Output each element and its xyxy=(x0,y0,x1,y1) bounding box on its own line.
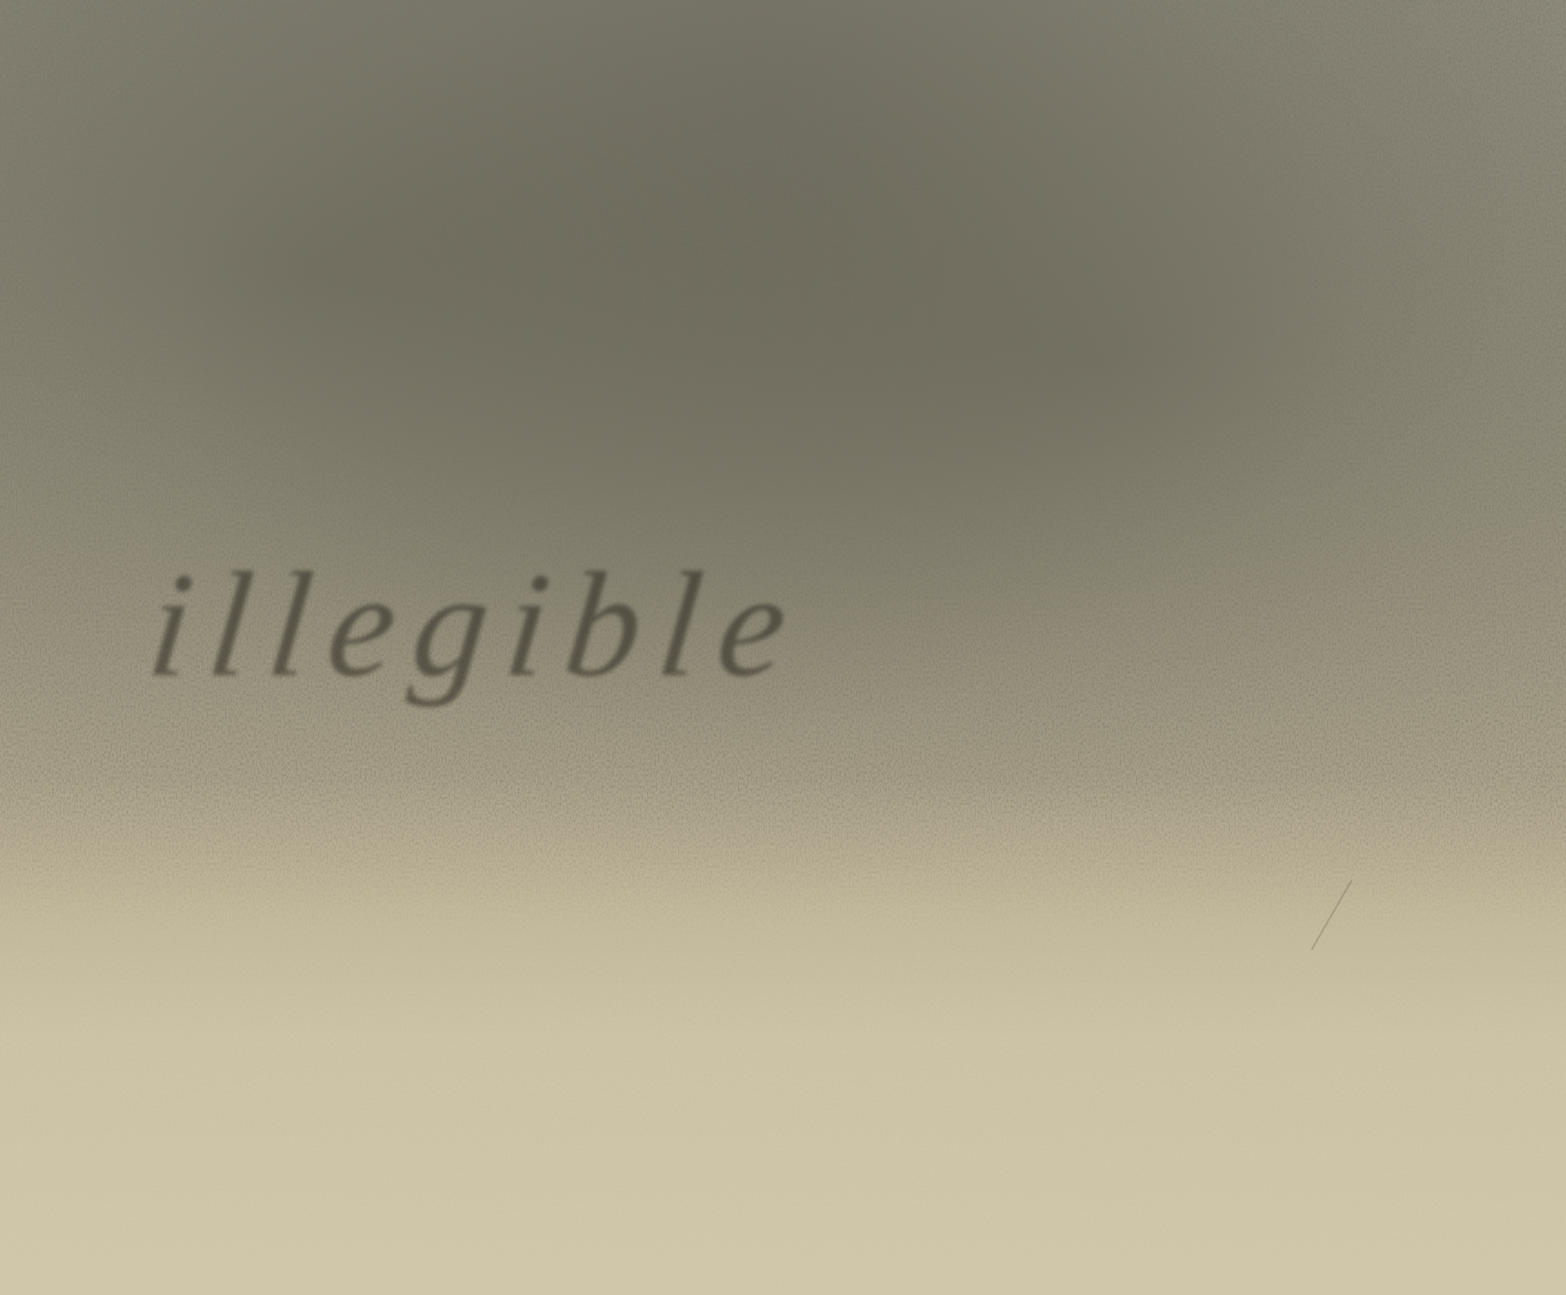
handwritten-signature: illegible xyxy=(142,545,1479,705)
textured-paper-photo: illegible xyxy=(0,0,1566,1295)
